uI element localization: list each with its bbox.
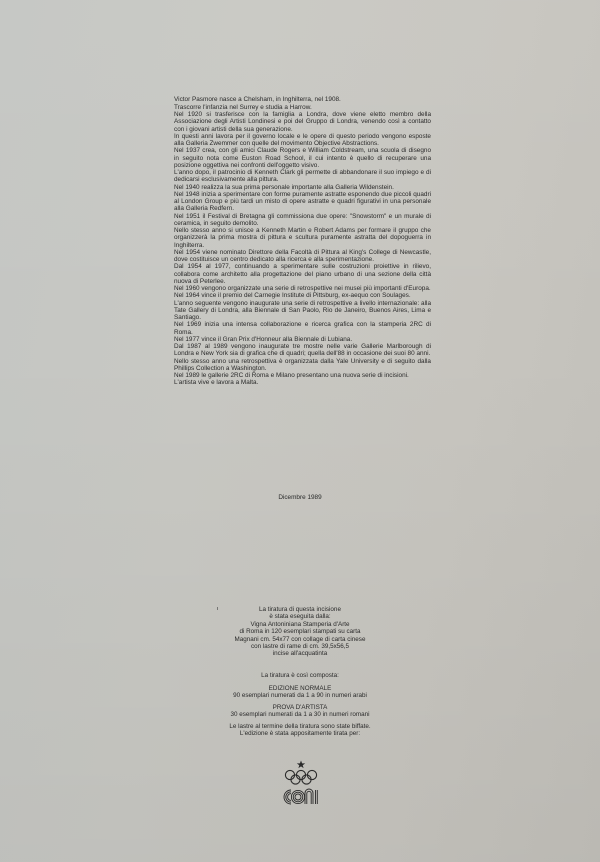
colophon-line: Magnani cm. 54x77 con collage di carta c…	[200, 636, 400, 643]
bio-paragraph: Nel 1964 vince il premio del Carnegie In…	[174, 292, 431, 299]
bio-paragraph: Nel 1977 vince il Gran Prix d'Honneur al…	[174, 336, 431, 343]
bio-paragraph: Nello stesso anno si unisce a Kenneth Ma…	[174, 227, 431, 249]
bio-paragraph: L'anno dopo, il patrocinio di Kenneth Cl…	[174, 169, 431, 184]
bio-paragraph: Nel 1954 viene nominato Direttore della …	[174, 249, 431, 264]
colophon-line: Vigna Antoniniana Stamperia d'Arte	[200, 621, 400, 628]
bio-paragraph: Trascorre l'infanzia nel Surrey e studia…	[174, 104, 431, 111]
bio-paragraph: Nel 1940 realizza la sua prima personale…	[174, 184, 431, 191]
bio-paragraph: Nel 1969 inizia una intensa collaborazio…	[174, 321, 431, 336]
bio-paragraph: Dal 1954 al 1977, continuando a sperimen…	[174, 263, 431, 285]
colophon-artist-proof: PROVA D'ARTISTA 30 esemplari numerati da…	[200, 704, 400, 719]
edition-title: PROVA D'ARTISTA	[200, 704, 400, 711]
bio-paragraph: Victor Pasmore nasce a Chelsham, in Ingh…	[174, 96, 431, 103]
bio-paragraph: Nel 1937 crea, con gli amici Claude Roge…	[174, 147, 431, 169]
colophon-line: Le lastre al termine della tiratura sono…	[200, 723, 400, 730]
edition-title: EDIZIONE NORMALE	[200, 685, 400, 692]
bio-paragraph: Nel 1948 inizia a sperimentare con forme…	[174, 191, 431, 213]
colophon-composition-intro: La tiratura è così composta:	[200, 672, 400, 679]
bio-paragraph: In questi anni lavora per il governo loc…	[174, 133, 431, 148]
coni-olympic-logo-icon	[278, 760, 324, 806]
colophon-line: è stata eseguita dalla:	[200, 613, 400, 620]
colophon-line: incise all'acquatinta	[200, 650, 400, 657]
document-date: Dicembre 1989	[0, 494, 600, 502]
bio-paragraph: L'anno seguente vengono inaugurate una s…	[174, 300, 431, 322]
colophon-line: di Roma in 120 esemplari stampati su car…	[200, 628, 400, 635]
bio-paragraph: L'artista vive e lavora a Malta.	[174, 379, 431, 386]
edition-detail: 90 esemplari numerati da 1 a 90 in numer…	[200, 692, 400, 699]
colophon-normal-edition: EDIZIONE NORMALE 90 esemplari numerati d…	[200, 685, 400, 700]
biography-text: Victor Pasmore nasce a Chelsham, in Ingh…	[174, 96, 431, 387]
colophon-printing: La tiratura di questa incisione è stata …	[200, 606, 400, 658]
bio-paragraph: Nel 1960 vengono organizzate una serie d…	[174, 285, 431, 292]
edition-detail: 30 esemplari numerati da 1 a 30 in numer…	[200, 711, 400, 718]
bio-paragraph: Nel 1951 il Festival di Bretagna gli com…	[174, 213, 431, 228]
colophon-line: L'edizione è stata appositamente tirata …	[200, 730, 400, 737]
colophon-closing: Le lastre al termine della tiratura sono…	[200, 723, 400, 738]
bio-paragraph: Nel 1989 le gallerie 2RC di Roma e Milan…	[174, 372, 431, 379]
bio-paragraph: Dal 1987 al 1989 vengono inaugurate tre …	[174, 343, 431, 358]
colophon-line: La tiratura di questa incisione	[200, 606, 400, 613]
colophon-line: La tiratura è così composta:	[200, 672, 400, 679]
bio-paragraph: Nello stesso anno una retrospettiva è or…	[174, 358, 431, 373]
colophon-line: con lastre di rame di cm. 39,5x56,5	[200, 643, 400, 650]
bio-paragraph: Nel 1920 si trasferisce con la famiglia …	[174, 111, 431, 133]
